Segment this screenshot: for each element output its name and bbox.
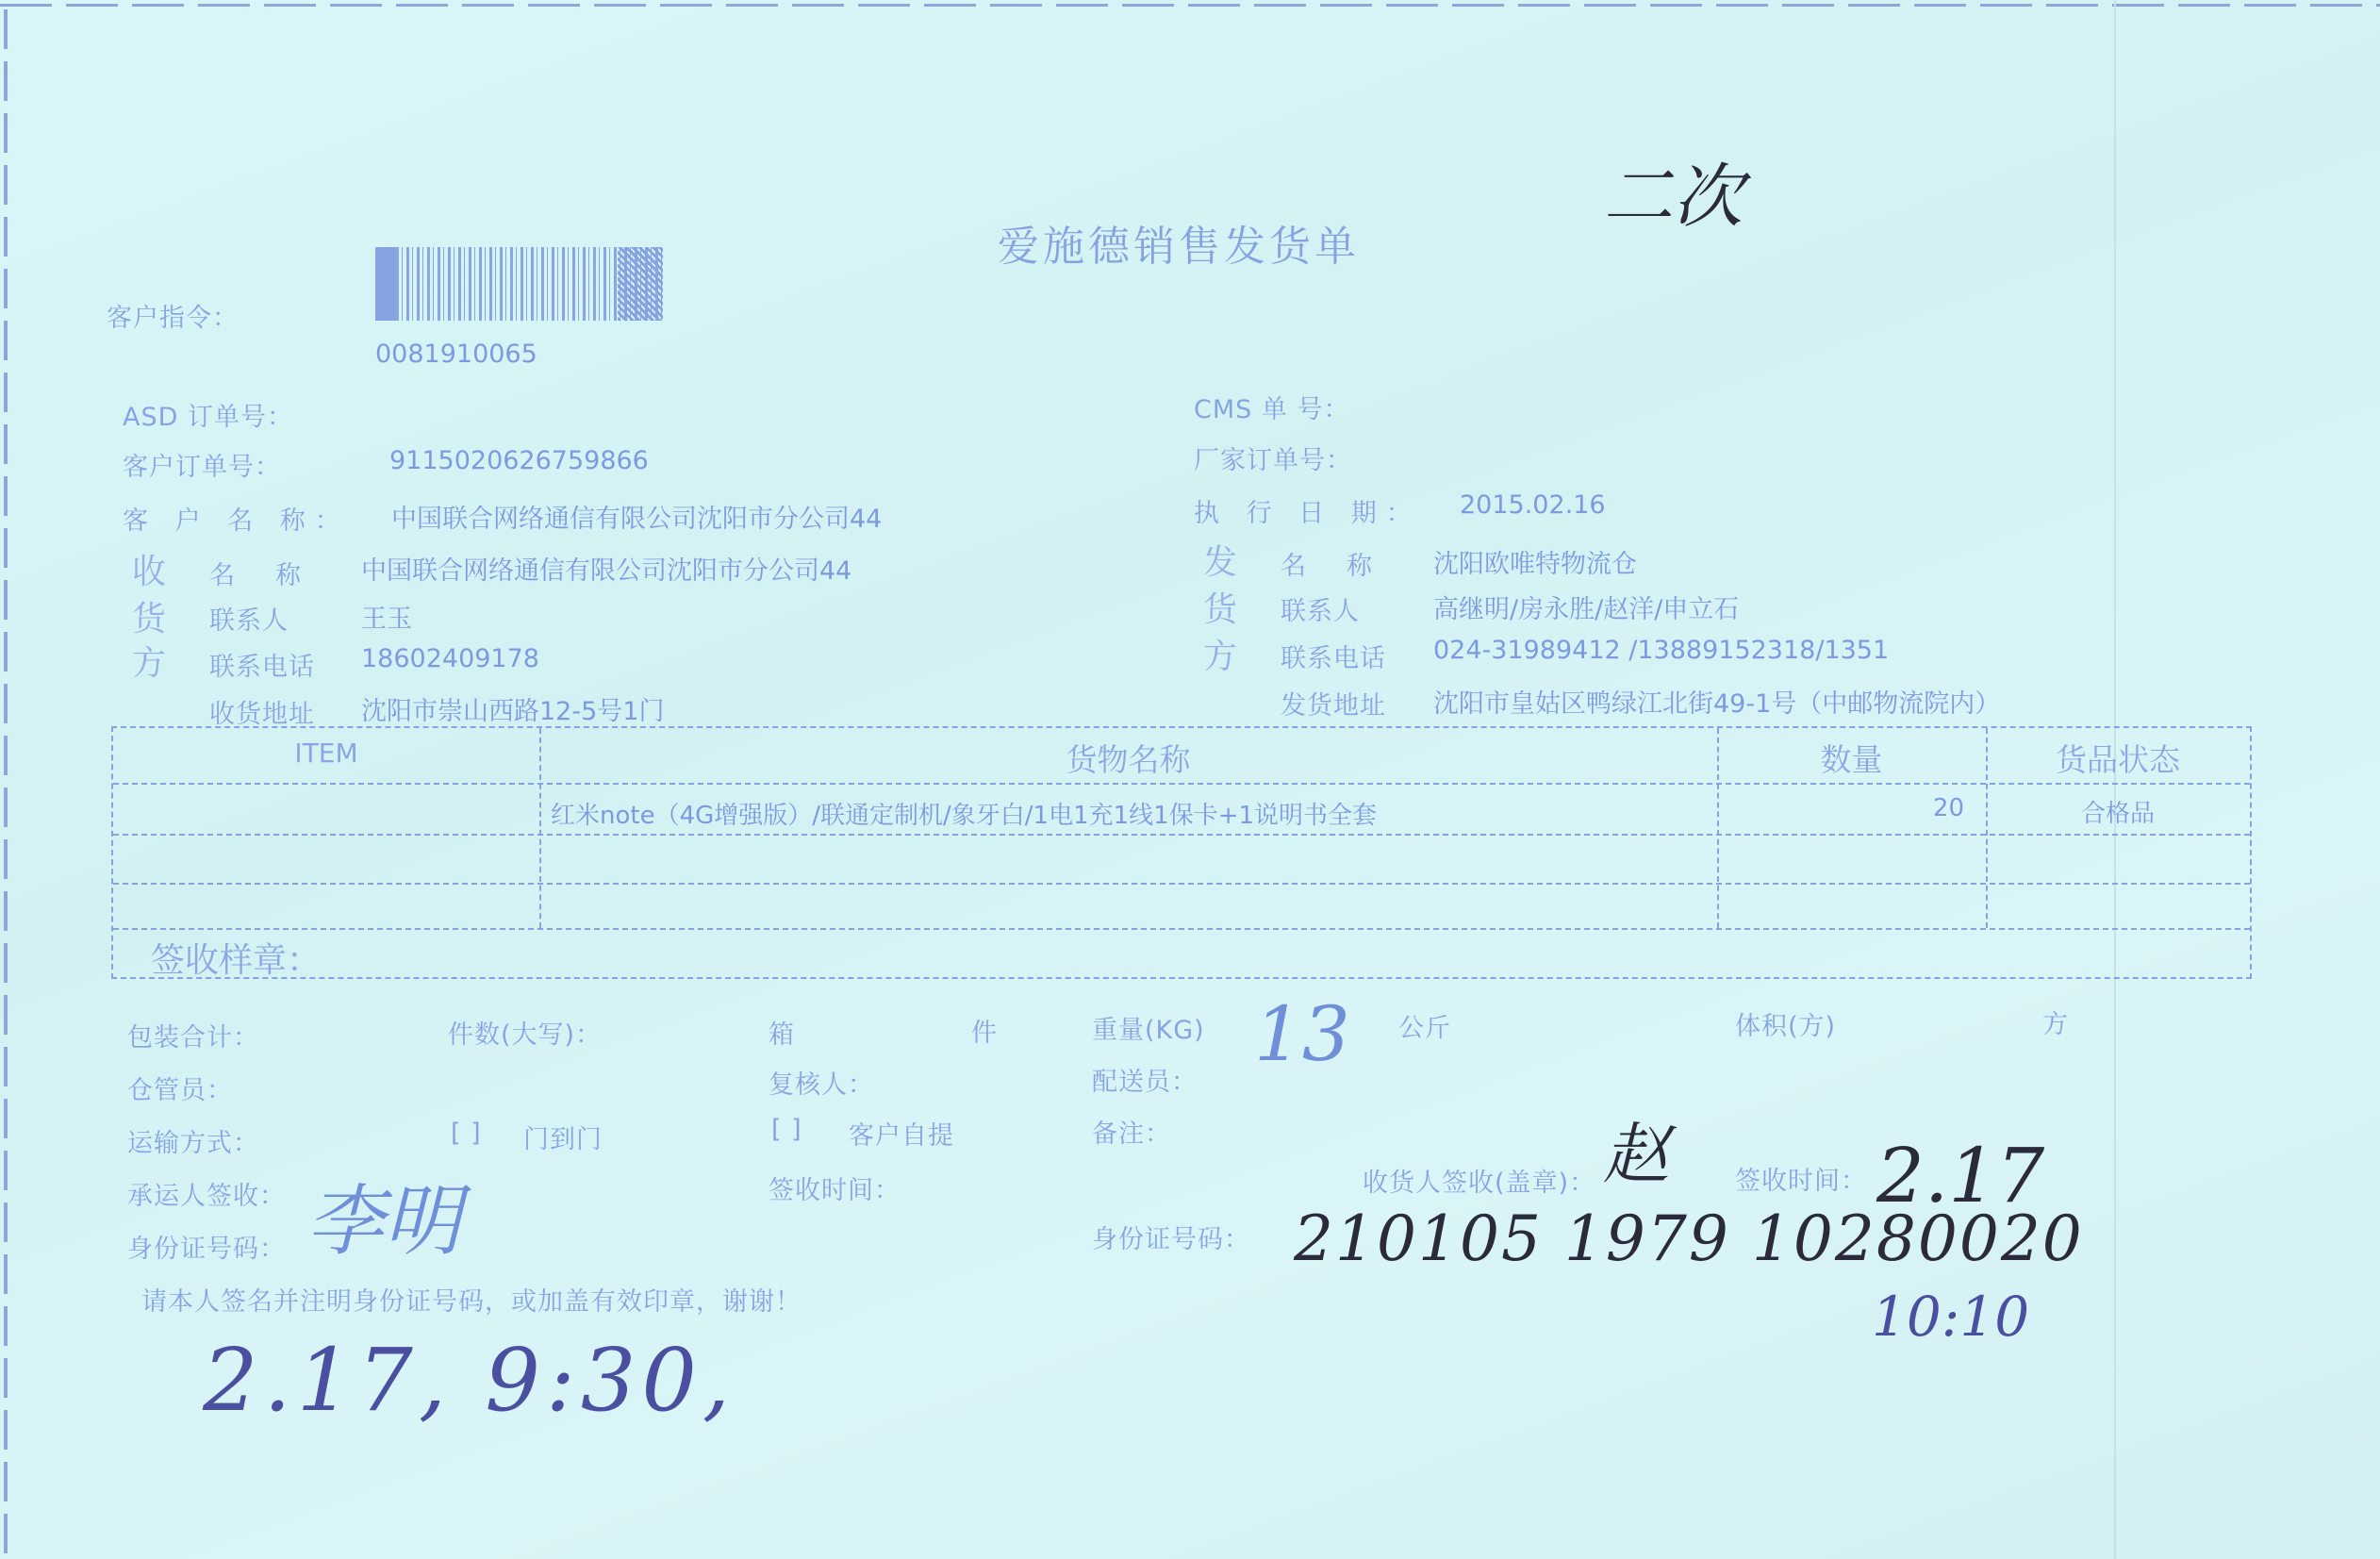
remark-label: 备注： <box>1092 1113 1171 1150</box>
receiver-signature: 赵 <box>1603 1102 1669 1197</box>
receiver-contact-label: 联系人 <box>209 600 289 637</box>
box-unit: 箱 <box>769 1014 795 1051</box>
col-header-status: 货品状态 <box>1986 736 2250 780</box>
reviewer-label: 复核人： <box>769 1064 874 1101</box>
signature-notice: 请本人签名并注明身份证号码，或加盖有效印章，谢谢！ <box>141 1281 802 1318</box>
receiver-side-char-2: 货 <box>132 592 166 640</box>
barcode-number: 0081910065 <box>375 340 537 369</box>
shipper-name-value: 沈阳欧唯特物流仓 <box>1433 543 1637 580</box>
shipper-address-value: 沈阳市皇姑区鸭绿江北街49-1号（中邮物流院内） <box>1433 683 2000 720</box>
receiver-name-value: 中国联合网络通信有限公司沈阳市分公司44 <box>361 550 851 587</box>
receiver-contact-value: 王玉 <box>361 598 412 635</box>
door-to-door-checkbox[interactable]: [ ] <box>451 1119 482 1148</box>
receiver-address-value: 沈阳市崇山西路12-5号1门 <box>361 690 664 727</box>
pieces-label: 件数(大写)： <box>448 1014 602 1051</box>
receiver-side-char-1: 收 <box>132 545 166 593</box>
self-pickup-checkbox[interactable]: [ ] <box>771 1115 802 1144</box>
shipper-side-char-2: 货 <box>1203 583 1237 631</box>
sign-stamp-label: 签收样章： <box>151 934 321 982</box>
asd-order-label: ASD 订单号： <box>123 396 293 433</box>
table-cell-goods-name: 红米note（4G增强版）/联通定制机/象牙白/1电1充1线1保卡+1说明书全套 <box>551 796 1377 831</box>
door-to-door-label: 门到门 <box>523 1119 603 1155</box>
weight-handwritten: 13 <box>1254 990 1350 1078</box>
col-header-item: ITEM <box>113 738 539 769</box>
factory-order-label: 厂家订单号： <box>1194 440 1352 476</box>
receiver-phone-label: 联系电话 <box>209 646 315 683</box>
receiver-side-char-3: 方 <box>132 637 166 685</box>
customer-name-value: 中国联合网络通信有限公司沈阳市分公司44 <box>391 498 882 535</box>
shipper-address-label: 发货地址 <box>1281 685 1386 721</box>
piece-unit: 件 <box>971 1012 998 1049</box>
col-header-quantity: 数量 <box>1717 736 1986 780</box>
exec-date-label: 执 行 日 期： <box>1194 492 1421 529</box>
handwritten-top-note: 二次 <box>1603 141 1743 241</box>
customer-order-label: 客户订单号： <box>123 446 281 483</box>
deliverer-label: 配送员： <box>1092 1061 1198 1098</box>
perforation-top <box>0 4 2380 7</box>
document-title: 爱施德销售发货单 <box>998 212 1360 273</box>
volume-unit: 方 <box>2042 1003 2069 1040</box>
transport-label: 运输方式： <box>127 1122 259 1159</box>
table-header-divider <box>113 783 2250 785</box>
col-header-goods-name: 货物名称 <box>539 736 1717 780</box>
volume-label: 体积(方) <box>1735 1005 1836 1042</box>
receiver-name-label: 名 称 <box>209 555 308 591</box>
receiver-sign-label: 收货人签收(盖章)： <box>1363 1162 1595 1199</box>
customer-order-value: 911502062675986​6 <box>389 446 649 475</box>
barcode-icon <box>375 247 663 321</box>
carrier-sign-label: 承运人签收： <box>127 1175 286 1212</box>
weight-label: 重量(KG) <box>1092 1009 1205 1046</box>
exec-date-value: 2015.02.16 <box>1460 490 1606 520</box>
customer-instruction-label: 客户指令： <box>107 297 239 334</box>
kg-unit: 公斤 <box>1398 1007 1451 1044</box>
shipper-contact-value: 高继明/房永胜/赵洋/申立石 <box>1433 589 1739 625</box>
receiver-id-label: 身份证号码： <box>1092 1219 1250 1255</box>
carrier-sign-time-label: 签收时间： <box>769 1169 901 1206</box>
cms-label: CMS 单 号： <box>1194 389 1349 425</box>
shipper-contact-label: 联系人 <box>1281 590 1360 627</box>
table-row-divider <box>113 928 2250 930</box>
self-pickup-label: 客户自提 <box>849 1115 954 1152</box>
shipper-name-label: 名 称 <box>1281 545 1380 582</box>
carrier-signature: 李明 <box>306 1160 461 1270</box>
shipper-side-char-1: 发 <box>1203 536 1237 584</box>
receiver-phone-value: 18602409178 <box>361 644 539 673</box>
table-cell-quantity: 20 <box>1717 794 1964 822</box>
table-row-divider <box>113 834 2250 836</box>
receiver-id-value: 210105 1979 10280020 <box>1294 1202 2084 1275</box>
package-total-label: 包装合计： <box>127 1017 259 1053</box>
carrier-id-label: 身份证号码： <box>127 1228 286 1265</box>
goods-table: ITEM 货物名称 数量 货品状态 红米note（4G增强版）/联通定制机/象牙… <box>111 726 2252 979</box>
shipper-side-char-3: 方 <box>1203 630 1237 678</box>
perforation-left <box>4 9 8 1559</box>
customer-name-label: 客 户 名 称： <box>123 500 350 537</box>
receiver-sign-time-label: 签收时间： <box>1735 1160 1867 1197</box>
shipper-phone-value: 024-31989412 /13889152318/1351 <box>1433 636 1889 665</box>
shipper-phone-label: 联系电话 <box>1281 638 1386 674</box>
warehouse-keeper-label: 仓管员： <box>127 1070 233 1106</box>
table-row-divider <box>113 883 2250 885</box>
receiver-address-label: 收货地址 <box>209 693 315 730</box>
handwritten-datetime: 2.17, 9:30, <box>203 1330 735 1431</box>
table-cell-status: 合格品 <box>1986 794 2250 829</box>
handwritten-time-note: 10:10 <box>1872 1285 2029 1349</box>
